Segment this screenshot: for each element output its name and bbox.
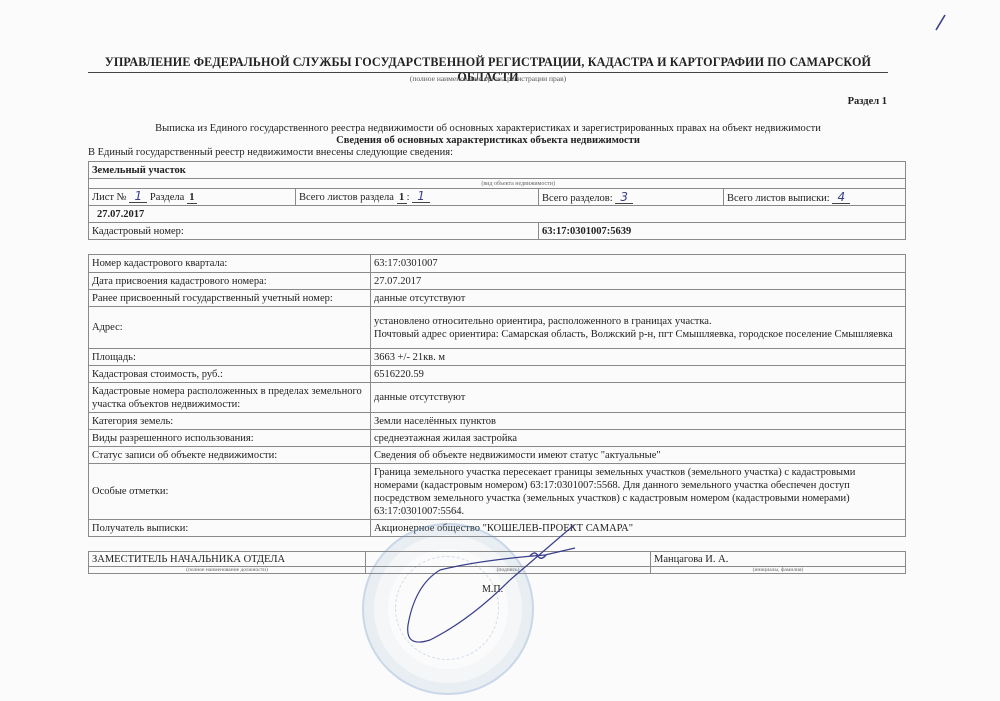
handwritten-signature-icon xyxy=(0,0,1000,701)
